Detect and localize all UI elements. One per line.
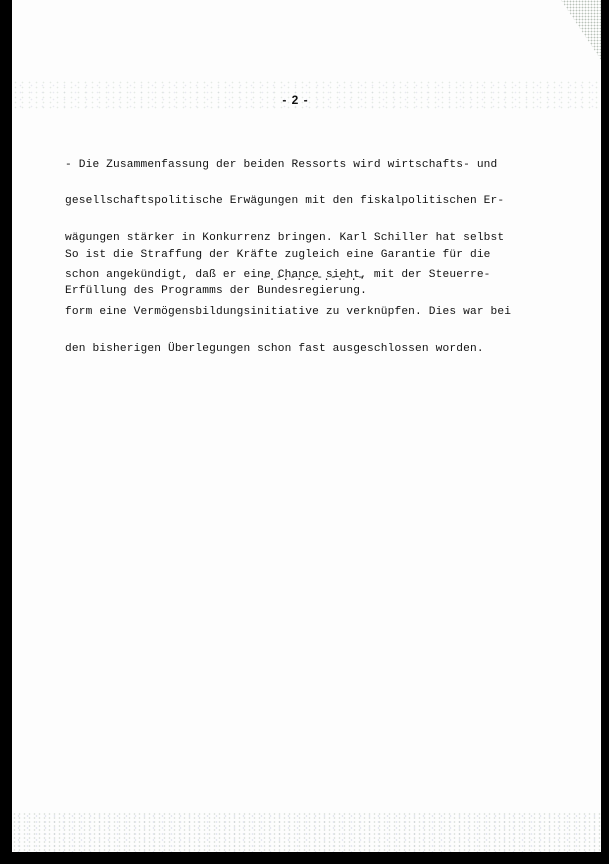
page-number: - 2 - (12, 93, 601, 107)
text-line: So ist die Straffung der Kräfte zugleich… (65, 249, 491, 261)
page-number-text: - 2 - (282, 93, 308, 107)
text-line: gesellschaftspolitische Erwägungen mit d… (65, 195, 511, 207)
document-page: - 2 - - Die Zusammenfassung der beiden R… (12, 0, 601, 852)
end-separator: -.-.-.-.-.-.-.- (262, 272, 364, 284)
text-line: Erfüllung des Programms der Bundesregier… (65, 285, 491, 297)
text-line: den bisherigen Überlegungen schon fast a… (65, 343, 511, 355)
scan-noise-bottom (12, 812, 601, 852)
scan-noise-corner (551, 0, 601, 60)
text-line: - Die Zusammenfassung der beiden Ressort… (65, 159, 511, 171)
